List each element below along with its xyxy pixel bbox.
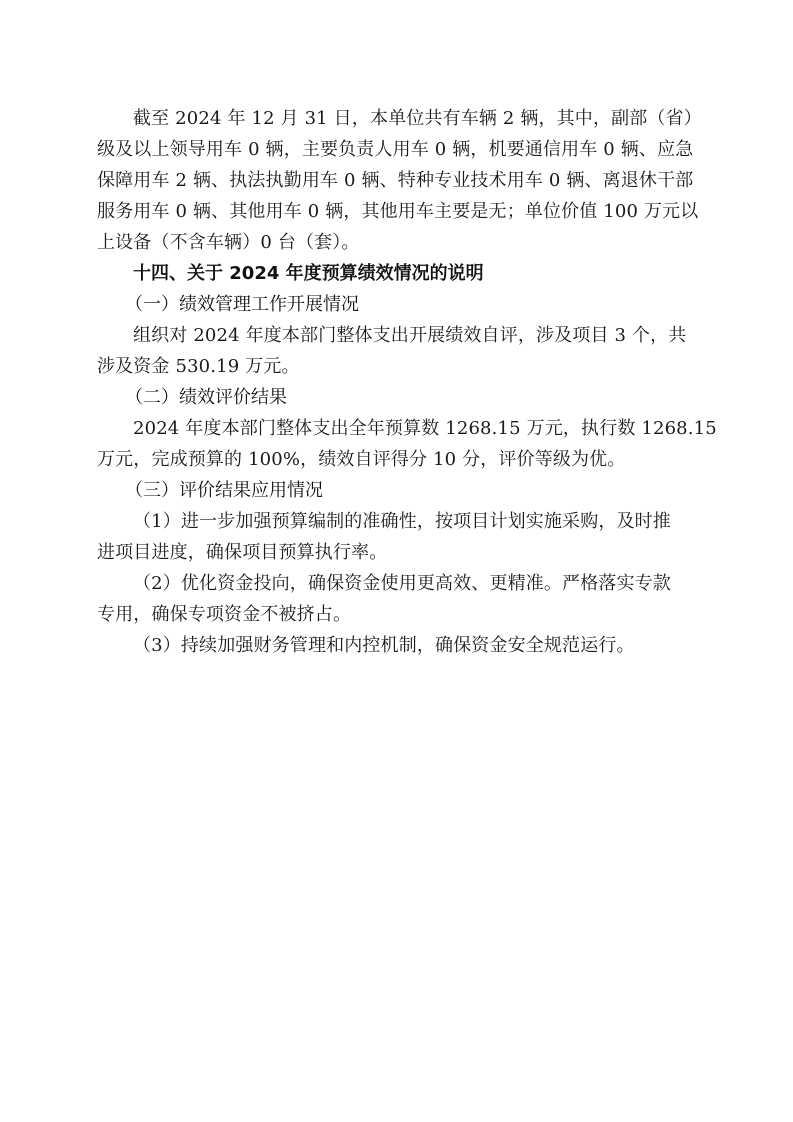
subsection-heading: （三）评价结果应用情况	[97, 475, 699, 506]
text-line: （2）优化资金投向，确保资金使用更高效、更精准。严格落实专款	[97, 568, 699, 599]
document-page: 截至 2024 年 12 月 31 日，本单位共有车辆 2 辆，其中，副部（省）…	[97, 103, 699, 661]
text-line: 组织对 2024 年度本部门整体支出开展绩效自评，涉及项目 3 个，共	[97, 320, 699, 351]
text-line: 上设备（不含车辆）0 台（套）。	[97, 227, 699, 258]
text-line: （3）持续加强财务管理和内控机制，确保资金安全规范运行。	[97, 630, 699, 661]
text-line: 级及以上领导用车 0 辆，主要负责人用车 0 辆，机要通信用车 0 辆、应急	[97, 134, 699, 165]
paragraph-application-item-2: （2）优化资金投向，确保资金使用更高效、更精准。严格落实专款 专用，确保专项资金…	[97, 568, 699, 630]
paragraph-evaluation-results: 2024 年度本部门整体支出全年预算数 1268.15 万元，执行数 1268.…	[97, 413, 699, 475]
subsection-heading: （一）绩效管理工作开展情况	[97, 289, 699, 320]
subsection-heading: （二）绩效评价结果	[97, 382, 699, 413]
text-line: 进项目进度，确保项目预算执行率。	[97, 537, 699, 568]
paragraph-application-item-3: （3）持续加强财务管理和内控机制，确保资金安全规范运行。	[97, 630, 699, 661]
text-line: 服务用车 0 辆、其他用车 0 辆，其他用车主要是无；单位价值 100 万元以	[97, 196, 699, 227]
section-heading: 十四、关于 2024 年度预算绩效情况的说明	[97, 258, 699, 289]
text-line: 涉及资金 530.19 万元。	[97, 351, 699, 382]
text-line: 专用，确保专项资金不被挤占。	[97, 599, 699, 630]
text-line: 保障用车 2 辆、执法执勤用车 0 辆、特种专业技术用车 0 辆、离退休干部	[97, 165, 699, 196]
paragraph-vehicles: 截至 2024 年 12 月 31 日，本单位共有车辆 2 辆，其中，副部（省）…	[97, 103, 699, 258]
text-line: 截至 2024 年 12 月 31 日，本单位共有车辆 2 辆，其中，副部（省）	[97, 103, 699, 134]
text-line: 2024 年度本部门整体支出全年预算数 1268.15 万元，执行数 1268.…	[97, 413, 699, 444]
text-line: 万元，完成预算的 100%，绩效自评得分 10 分，评价等级为优。	[97, 444, 699, 475]
paragraph-application-item-1: （1）进一步加强预算编制的准确性，按项目计划实施采购，及时推 进项目进度，确保项…	[97, 506, 699, 568]
text-line: （1）进一步加强预算编制的准确性，按项目计划实施采购，及时推	[97, 506, 699, 537]
paragraph-performance-management: 组织对 2024 年度本部门整体支出开展绩效自评，涉及项目 3 个，共 涉及资金…	[97, 320, 699, 382]
